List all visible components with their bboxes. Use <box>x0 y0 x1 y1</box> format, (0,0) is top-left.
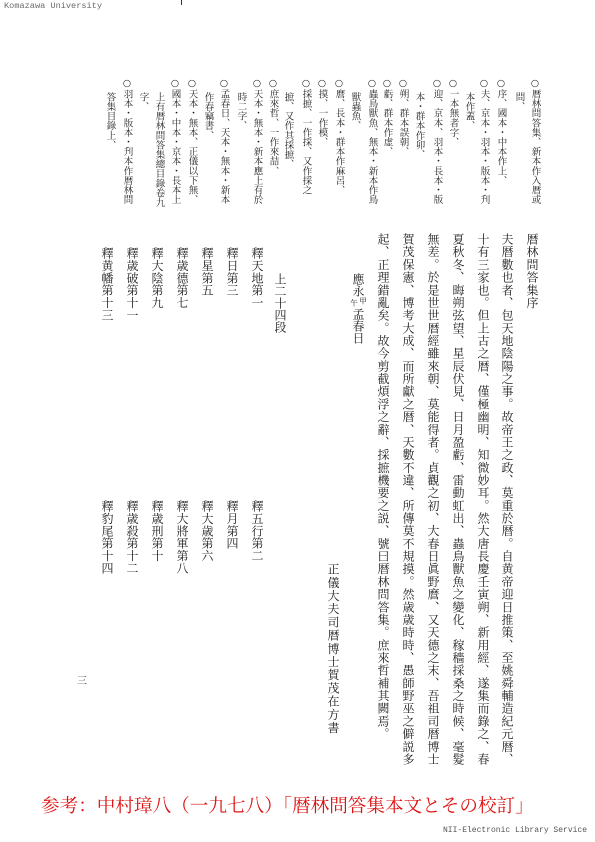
note-line: ○摸、一作模、 <box>317 78 327 147</box>
preface-line: 賀茂保憲、博考大成、而所獻之暦、天數不違、所傳莫不規摸。然歳歳時時、愚師野巫之僻… <box>402 233 414 766</box>
toc-item: 釋大歳第六 <box>201 500 213 562</box>
toc-item: 釋歳德第七 <box>176 247 188 309</box>
note-line: ○一本無者字、 <box>448 78 458 147</box>
preface-line: 夏秋冬、晦朔弦望、星辰伏見、日月盈虧、雷動虹出、蟲鳥獸魚之變化、稼穡採桑之時候、… <box>452 233 464 766</box>
note-line: ○夫、京本・羽本・版本・刋 <box>479 78 489 204</box>
note-line: 時二字、 <box>236 92 246 130</box>
note-line: ○蟲鳥獸魚、無本・新本作鳥 <box>367 78 377 204</box>
note-line: 字、 <box>138 92 148 111</box>
note-line: ○國本・中本・京本・長本上 <box>170 78 180 204</box>
preface-line: 十有三家也。但上古之暦、僅極幽明、知微妙耳。然大唐長慶壬寅朔、新用經、遂集而錄之… <box>477 233 489 766</box>
note-line: ○序、國本・中本作上、 <box>496 78 506 185</box>
preface-line: 無差。於是世世暦經雖來朝、莫能得者。貞觀之初、大春日眞野麿、又天德之末、吾祖司暦… <box>427 233 439 766</box>
date-rest: 孟春日 <box>352 308 364 344</box>
note-line: ○孟春日、天本・無本・新本 <box>219 78 229 204</box>
toc-item: 釋大陰第九 <box>151 247 163 309</box>
note-line: ○天本・無本・新本應上有於 <box>252 78 262 204</box>
note-line: 本・群本作卯、 <box>414 92 424 159</box>
library-service-watermark: NII-Electronic Library Service <box>443 827 587 835</box>
preface-line: 夫暦數也者、包天地陰陽之事。故帝王之政、莫重於暦。自黄帝迎日推策、至姚舜輔造紀元… <box>501 233 513 766</box>
page-number: 三 <box>77 677 87 687</box>
note-line: 問、 <box>514 92 524 111</box>
note-line: ○朔、群本誤朝、 <box>398 78 408 156</box>
note-line: 獸蟲魚、 <box>350 92 360 130</box>
preface-title: 暦林問答集序 <box>526 233 538 309</box>
toc-item: 釋黄幡第十三 <box>101 247 113 321</box>
note-line: ○天本・無本、正儀以下無、 <box>187 78 197 204</box>
date-warichu-left: 午 <box>350 299 358 307</box>
preface-line: 起、正理錯亂矣。故今剪截煩浮之辭、採摭機要之説、號曰暦林問答集。庶來哲補其闕焉。 <box>377 233 389 740</box>
reference-caption: 参考：中村璋八（一九七八）「暦林問答集本文とその校訂」 <box>41 798 534 817</box>
scanned-page: Komazawa University ○暦林問答集、新本作入暦或 問、 ○序、… <box>0 0 595 842</box>
date-warichu-right: 甲 <box>359 297 367 305</box>
toc-item: 釋星第五 <box>201 247 213 296</box>
note-line: 答集目錄上、 <box>105 92 115 150</box>
toc-item: 釋日第三 <box>226 247 238 296</box>
toc-item: 釋五行第二 <box>251 500 263 562</box>
toc-item: 釋歳殺第十二 <box>126 500 138 574</box>
note-line: 本作蓋、 <box>464 92 474 130</box>
scan-mark <box>181 0 182 5</box>
toc-item: 釋大將軍第八 <box>176 500 188 574</box>
note-line: ○虧、群本作虚、 <box>382 78 392 156</box>
note-line: ○採摭、一作採、又作採之 <box>301 78 311 195</box>
note-line: 摭、又作其採摭、 <box>283 92 293 169</box>
note-line: ○麿、長本・群本作麻呂、 <box>334 78 344 195</box>
note-line: ○迎、京本、羽本・長本・版 <box>432 78 442 204</box>
date-era: 應永 <box>352 273 364 297</box>
note-line: 上有暦林問答集總目錄卷九 <box>154 92 164 207</box>
toc-item: 釋月第四 <box>226 500 238 549</box>
toc-item: 釋歳破第十一 <box>126 247 138 321</box>
preface-signature: 正儀大夫司暦博士賀茂在方書 <box>327 563 339 735</box>
note-line: ○庶來哲、一作來喆、 <box>268 78 278 176</box>
note-line: ○暦林問答集、新本作入暦或 <box>530 78 540 204</box>
toc-item: 釋天地第一 <box>251 247 263 309</box>
toc-section-heading: 上二十四段 <box>274 273 286 333</box>
note-line: 作春竊書、 <box>203 92 213 140</box>
institution-watermark: Komazawa University <box>4 2 102 11</box>
toc-item: 釋歳刑第十 <box>151 500 163 562</box>
toc-item: 釋豹尾第十四 <box>101 500 113 574</box>
note-line: ○羽本・版本・刋本作暦林問 <box>122 78 132 204</box>
